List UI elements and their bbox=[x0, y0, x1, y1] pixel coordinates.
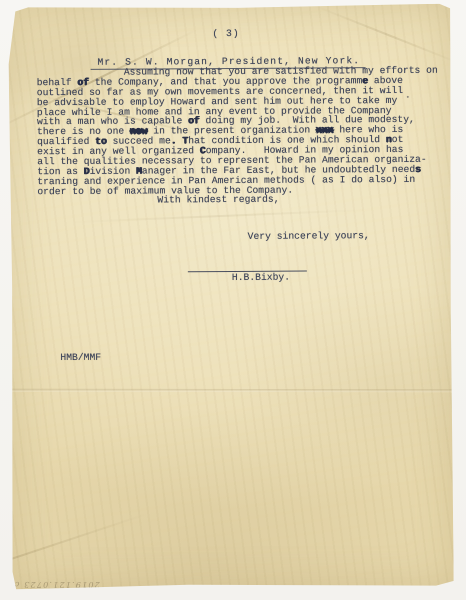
paper-crease bbox=[70, 209, 370, 223]
closing-line: With kindest regards, bbox=[157, 195, 279, 206]
typist-initials: HMB/MMF bbox=[60, 353, 101, 363]
paper-crease bbox=[0, 513, 148, 565]
accession-number: 2019.121.0723 c bbox=[14, 580, 100, 589]
photo-backdrop: ( 3) Mr. S. W. Morgan, President, New Yo… bbox=[0, 0, 466, 600]
letter-page: ( 3) Mr. S. W. Morgan, President, New Yo… bbox=[8, 4, 454, 590]
signature-name: H.B.Bixby. bbox=[232, 273, 290, 283]
page-number: ( 3) bbox=[212, 29, 239, 39]
paper-fold-crease bbox=[11, 389, 453, 392]
valediction-line: Very sincerely yours, bbox=[248, 231, 370, 242]
letter-body: Assuming now that you are satisfied with… bbox=[37, 66, 438, 197]
